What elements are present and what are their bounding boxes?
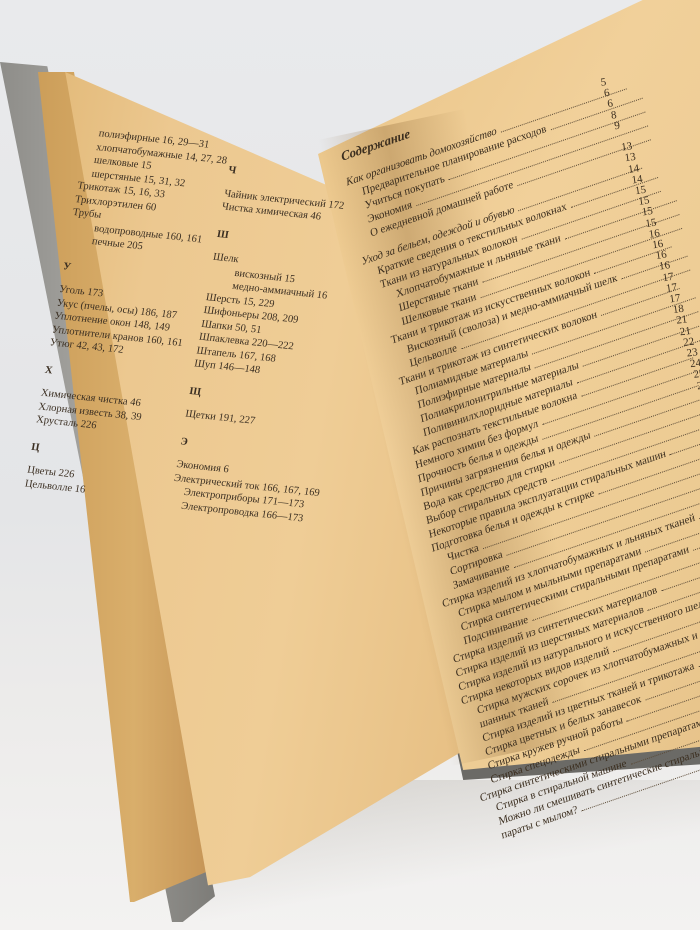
index-letter-heading: Э (179, 435, 327, 464)
index-letter-heading: Х (44, 363, 189, 391)
index-letter-heading: У (62, 260, 207, 288)
index-letter-heading: Ц (30, 440, 175, 468)
index-letter-heading: Ш (216, 227, 364, 256)
index-letter-heading: Щ (188, 384, 336, 413)
index-entry: Щетки 191, 227 (184, 408, 332, 437)
